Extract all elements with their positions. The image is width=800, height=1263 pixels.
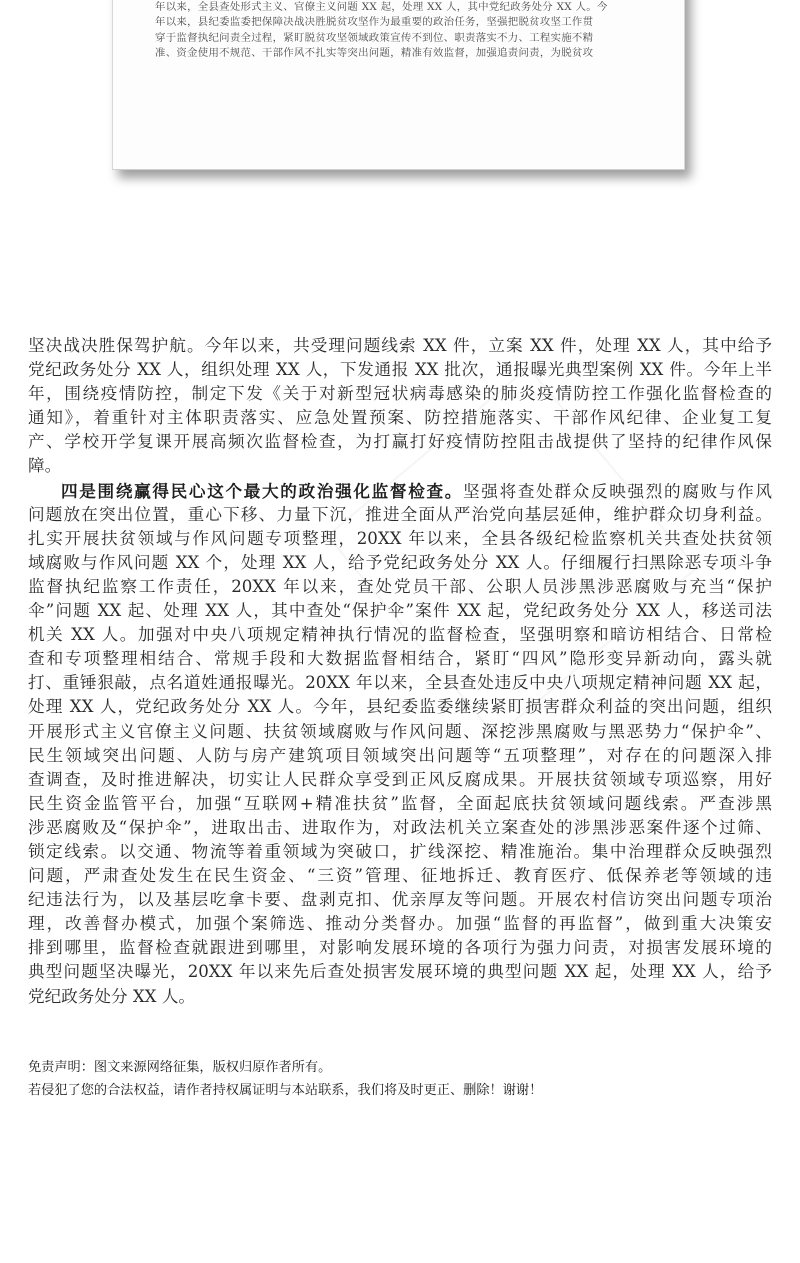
text-line: 查和专项整理相结合、常规手段和大数据监督相结合，紧盯“四风”隐形变异新动向，露头… (28, 647, 772, 671)
text-line: 打、重锤狠敲，点名道姓通报曝光。20XX 年以来，全县查处违反中央八项规定精神问… (28, 671, 772, 695)
text-line: 党纪政务处分 XX 人。 (28, 985, 772, 1009)
text-line: 民生领域突出问题、人防与房产建筑项目领域突出问题等“五项整理”，对存在的问题深入… (28, 744, 772, 768)
text-line: 问题放在突出位置，重心下移、力量下沉，推进全面从严治党向基层延伸，维护群众切身利… (28, 503, 772, 527)
text-line: 处理 XX 人，党纪政务处分 XX 人。今年，县纪委监委继续紧盯损害群众利益的突… (28, 695, 772, 719)
text-line: 纪违法行为，以及基层吃拿卡要、盘剥克扣、优亲厚友等问题。开展农村信访突出问题专项… (28, 888, 772, 912)
document-preview-page: 年以来，全县查处形式主义、官僚主义问题 XX 起，处理 XX 人，其中党纪政务处… (112, 0, 685, 170)
text-line: 域腐败与作风问题 XX 个，处理 XX 人，给予党纪政务处分 XX 人。仔细履行… (28, 551, 772, 575)
text-line: 伞”问题 XX 起、处理 XX 人，其中查处“保护伞”案件 XX 起，党纪政务处… (28, 599, 772, 623)
preview-line: 穿于监督执纪问责全过程，紧盯脱贫攻坚领域政策宣传不到位、职责落实不力、工程实施不… (155, 31, 643, 46)
text-line: 排到哪里，监督检查就跟进到哪里，对影响发展环境的各项行为强力问责，对损害发展环境… (28, 936, 772, 960)
text-line: 开展形式主义官僚主义问题、扶贫领域腐败与作风问题、深挖涉黑腐败与黑恶势力“保护伞… (28, 720, 772, 744)
disclaimer-line-copyright: 免责声明：图文来源网络征集，版权归原作者所有。 (28, 1056, 728, 1079)
text-line: 理，改善督办模式，加强个案筛选、推动分类督办。加强“监督的再监督”，做到重大决策… (28, 912, 772, 936)
text-line: 问题，严肃查处发生在民生资金、“三资”管理、征地拆迁、教育医疗、低保养老等领域的… (28, 864, 772, 888)
disclaimer: 免责声明：图文来源网络征集，版权归原作者所有。 若侵犯了您的合法权益，请作者持权… (28, 1056, 728, 1102)
preview-line: 准、资金使用不规范、干部作风不扎实等突出问题，精准有效监督，加强追责问责，为脱贫… (155, 46, 643, 61)
preview-line: 年以来，全县查处形式主义、官僚主义问题 XX 起，处理 XX 人，其中党纪政务处… (155, 0, 643, 15)
paragraph-continuation: 坚决战决胜保驾护航。今年以来，共受理问题线索 XX 件，立案 XX 件，处理 X… (28, 334, 772, 479)
text-line: 坚决战决胜保驾护航。今年以来，共受理问题线索 XX 件，立案 XX 件，处理 X… (28, 334, 772, 358)
text-run: 坚强将查处群众反映强烈的腐败与作风 (463, 482, 772, 501)
text-line: 党纪政务处分 XX 人，组织处理 XX 人，下发通报 XX 批次，通报曝光典型案… (28, 358, 772, 382)
text-line: 涉恶腐败及“保护伞”，进取出击、进取作为，对政法机关立案查处的涉黑涉恶案件逐个过… (28, 816, 772, 840)
paragraph-lead-heading: 四是围绕赢得民心这个最大的政治强化监督检查。 (61, 481, 463, 501)
text-line: 四是围绕赢得民心这个最大的政治强化监督检查。坚强将查处群众反映强烈的腐败与作风 (28, 479, 772, 503)
text-line: 通知》，着重针对主体职责落实、应急处置预案、防控措施落实、干部作风纪律、企业复工… (28, 406, 772, 430)
text-line: 典型问题坚决曝光，20XX 年以来先后查处损害发展环境的典型问题 XX 起，处理… (28, 960, 772, 984)
text-line: 扎实开展扶贫领域与作风问题专项整理，20XX 年以来，全县各级纪检监察机关共查处… (28, 527, 772, 551)
text-line: 民生资金监管平台，加强“互联网+精准扶贫”监督，全面起底扶贫领域问题线索。严查涉… (28, 792, 772, 816)
text-line: 产、学校开学复课开展高频次监督检查，为打赢打好疫情防控阻击战提供了坚持的纪律作风… (28, 430, 772, 454)
article-body: 坚决战决胜保驾护航。今年以来，共受理问题线索 XX 件，立案 XX 件，处理 X… (28, 334, 772, 1009)
text-line: 锁定线索。以交通、物流等着重领域为突破口，扩线深挖、精准施治。集中治理群众反映强… (28, 840, 772, 864)
text-line: 机关 XX 人。加强对中央八项规定精神执行情况的监督检查，坚强明察和暗访相结合、… (28, 623, 772, 647)
paragraph-supervision: 四是围绕赢得民心这个最大的政治强化监督检查。坚强将查处群众反映强烈的腐败与作风 … (28, 479, 772, 1009)
text-line: 查调查，及时推进解决，切实让人民群众享受到正风反腐成果。开展扶贫领域专项巡察，用… (28, 768, 772, 792)
text-line: 障。 (28, 454, 772, 478)
text-line: 监督执纪监察工作责任，20XX 年以来，查处党员干部、公职人员涉黑涉恶腐败与充当… (28, 575, 772, 599)
preview-page-text: 年以来，全县查处形式主义、官僚主义问题 XX 起，处理 XX 人，其中党纪政务处… (155, 0, 643, 61)
preview-line: 年以来，县纪委监委把保障决战决胜脱贫攻坚作为最重要的政治任务，坚强把脱贫攻坚工作… (155, 15, 643, 30)
disclaimer-line-contact: 若侵犯了您的合法权益，请作者持权属证明与本站联系，我们将及时更正、删除！谢谢！ (28, 1079, 728, 1102)
text-line: 年，围绕疫情防控，制定下发《关于对新型冠状病毒感染的肺炎疫情防控工作强化监督检查… (28, 382, 772, 406)
